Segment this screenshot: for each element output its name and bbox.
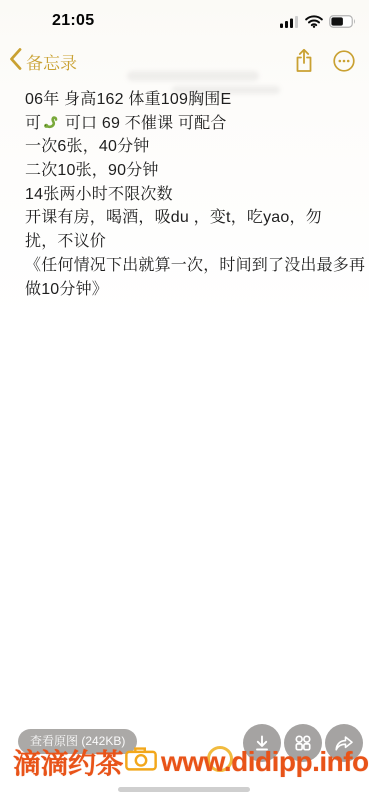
cellular-signal-icon (280, 15, 299, 33)
note-line: 开课有房，喝酒，吸du ，变t，吃yao，勿 (25, 206, 353, 230)
note-line: 可 可口 69 不催课 可配合 (25, 112, 353, 136)
ellipsis-circle-icon (332, 49, 356, 73)
note-body: 06年 身高162 体重109胸围E 可 可口 69 不催课 可配合 一次6张，… (25, 88, 353, 301)
note-line: 扰，不议价 (25, 230, 353, 254)
home-indicator[interactable] (118, 787, 250, 792)
watermark: 滴滴约茶 www.didipp.info (13, 742, 369, 782)
note-line: 一次6张，40分钟 (25, 135, 353, 159)
note-line: 《任何情况下出就算一次，时间到了没出最多再 (25, 254, 353, 278)
clock-time: 21:05 (52, 12, 94, 30)
status-bar: 21:05 (0, 0, 369, 42)
note-line: 做10分钟》 (25, 278, 353, 302)
snake-icon (42, 114, 59, 138)
share-icon (293, 47, 315, 74)
status-icons (280, 15, 356, 33)
back-button-label: 备忘录 (26, 49, 77, 74)
watermark-text: 滴滴约茶 (13, 742, 123, 782)
watermark-url: www.didipp.info (161, 746, 369, 778)
note-line: 06年 身高162 体重109胸围E (25, 88, 353, 112)
back-to-notes-button[interactable]: 备忘录 (9, 48, 77, 75)
blur-smudge (127, 71, 259, 81)
more-options-button[interactable] (332, 49, 356, 73)
share-button[interactable] (293, 47, 315, 74)
nav-actions (293, 47, 356, 74)
note-line: 二次10张，90分钟 (25, 159, 353, 183)
battery-icon (329, 15, 356, 33)
back-chevron-icon (9, 48, 22, 75)
wifi-icon (305, 15, 323, 33)
note-line: 14张两小时不限次数 (25, 183, 353, 207)
camera-icon (124, 745, 158, 779)
phone-screen: 21:05 (0, 0, 369, 800)
